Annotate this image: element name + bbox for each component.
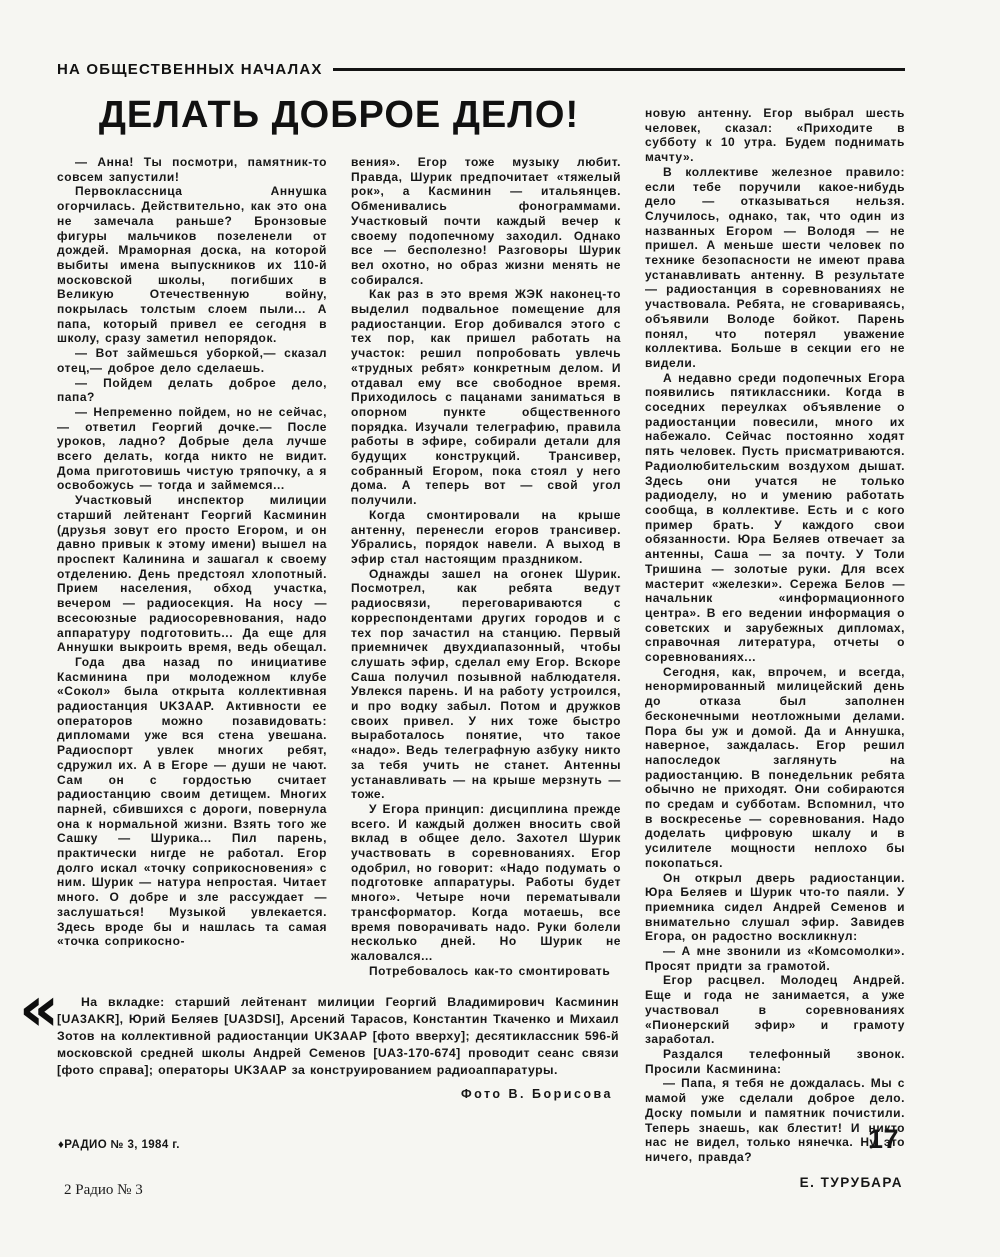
magazine-page: НА ОБЩЕСТВЕННЫХ НАЧАЛАХ ДЕЛАТЬ ДОБРОЕ ДЕ… <box>0 0 1000 1257</box>
paragraph: Однажды зашел на огонек Шурик. Посмотрел… <box>351 567 621 802</box>
paragraph: Егор расцвел. Молодец Андрей. Еще и года… <box>645 973 905 1047</box>
paragraph: Сегодня, как, впрочем, и всегда, ненорми… <box>645 665 905 871</box>
photo-caption: На вкладке: старший лейтенант милиции Ге… <box>57 994 619 1079</box>
paragraph: Года два назад по инициативе Касминина п… <box>57 655 327 949</box>
page-content: НА ОБЩЕСТВЕННЫХ НАЧАЛАХ ДЕЛАТЬ ДОБРОЕ ДЕ… <box>57 58 905 1190</box>
rubric-rule <box>333 68 905 71</box>
column-2: вения». Егор тоже музыку любит. Правда, … <box>351 155 621 978</box>
paragraph: — Вот займешься уборкой,— сказал отец,— … <box>57 346 327 375</box>
paragraph: А недавно среди подопечных Егора появили… <box>645 371 905 665</box>
rubric-label: НА ОБЩЕСТВЕННЫХ НАЧАЛАХ <box>57 61 323 78</box>
paragraph: новую антенну. Егор выбрал шесть человек… <box>645 106 905 165</box>
column-3: новую антенну. Егор выбрал шесть человек… <box>645 82 905 1190</box>
paragraph: — А мне звонили из «Комсомолки». Просят … <box>645 944 905 973</box>
paragraph: Раздался телефонный звонок. Просили Касм… <box>645 1047 905 1076</box>
column-1: — Анна! Ты посмотри, памятник-то совсем … <box>57 155 327 978</box>
article-body: ДЕЛАТЬ ДОБРОЕ ДЕЛО! — Анна! Ты посмотри,… <box>57 82 905 1190</box>
paragraph: У Егора принцип: дисциплина прежде всего… <box>351 802 621 964</box>
paragraph: — Непременно пойдем, но не сейчас,— отве… <box>57 405 327 493</box>
paragraph: В коллективе железное правило: если тебе… <box>645 165 905 371</box>
paragraph: Потребовалось как-то смонтировать <box>351 964 621 979</box>
caption-block: « На вкладке: старший лейтенант милиции … <box>57 994 619 1101</box>
left-section: ДЕЛАТЬ ДОБРОЕ ДЕЛО! — Анна! Ты посмотри,… <box>57 82 621 1190</box>
insert-quote-mark-icon: « <box>19 978 59 1040</box>
masthead: НА ОБЩЕСТВЕННЫХ НАЧАЛАХ <box>57 58 905 80</box>
paragraph: Первоклассница Аннушка огорчилась. Дейст… <box>57 184 327 346</box>
paragraph: Как раз в это время ЖЭК наконец-то выдел… <box>351 287 621 508</box>
paragraph: Он открыл дверь радиостанции. Юра Беляев… <box>645 871 905 945</box>
footer-issue-label: ♦РАДИО № 3, 1984 г. <box>58 1139 180 1151</box>
print-signature: 2 Радио № 3 <box>64 1182 143 1199</box>
author-byline: Е. ТУРУБАРА <box>645 1175 905 1190</box>
paragraph: Когда смонтировали на крыше антенну, пер… <box>351 508 621 567</box>
photo-credit: Фото В. Борисова <box>57 1087 613 1101</box>
page-number: 17 <box>868 1124 899 1155</box>
paragraph: вения». Егор тоже музыку любит. Правда, … <box>351 155 621 287</box>
text-columns: — Анна! Ты посмотри, памятник-то совсем … <box>57 155 621 978</box>
article-headline: ДЕЛАТЬ ДОБРОЕ ДЕЛО! <box>57 94 621 137</box>
paragraph: — Пойдем делать доброе дело, папа? <box>57 376 327 405</box>
paragraph: — Папа, я тебя не дождалась. Мы с мамой … <box>645 1076 905 1164</box>
paragraph: Участковый инспектор милиции старший лей… <box>57 493 327 655</box>
paragraph: — Анна! Ты посмотри, памятник-то совсем … <box>57 155 327 184</box>
